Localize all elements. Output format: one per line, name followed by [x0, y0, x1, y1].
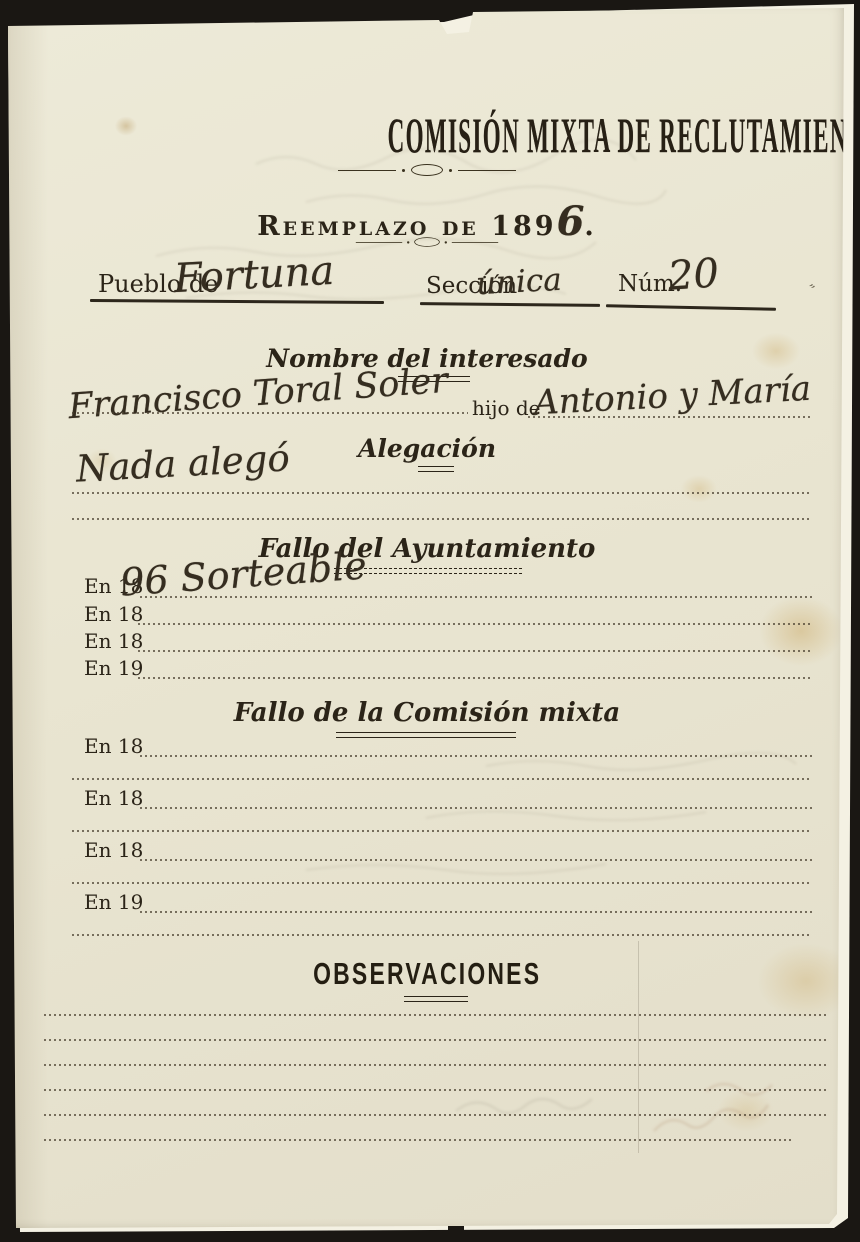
observaciones-heading: OBSERVACIONES — [313, 956, 541, 992]
fallo-comision-heading: Fallo de la Comisión mixta — [6, 698, 848, 728]
fallo-comision-row-line — [140, 911, 812, 913]
seccion-value: única — [475, 262, 562, 302]
observaciones-line — [44, 1114, 828, 1116]
alegacion-heading-rule — [418, 466, 454, 472]
pueblo-underline — [90, 299, 384, 304]
num-underline — [606, 304, 776, 310]
fallo-ayuntamiento-row-line — [138, 623, 812, 625]
fallo-comision-row-line2 — [72, 934, 812, 936]
paper-crease — [638, 941, 639, 1153]
ink-speck: ” — [802, 282, 817, 298]
fallo-ayuntamiento-row-label: En 19 — [84, 656, 143, 680]
fallo-comision-row-label: En 18 — [84, 734, 143, 758]
form-title-text: COMISIÓN MIXTA DE RECLUTAMIENTO DE MURCI… — [388, 106, 860, 164]
fallo-ayuntamiento-row-line — [138, 650, 812, 652]
observaciones-heading-wrap: OBSERVACIONES — [6, 956, 848, 992]
form-title: COMISIÓN MIXTA DE RECLUTAMIENTO DE MURCI… — [6, 106, 848, 164]
ornament-under-title — [6, 164, 848, 176]
observaciones-line — [44, 1014, 828, 1016]
fallo-ayuntamiento-row-line — [140, 596, 812, 598]
fallo-comision-row-line — [140, 859, 812, 861]
observaciones-line — [44, 1139, 792, 1141]
interesado-name-line — [72, 412, 468, 414]
fallo-comision-heading-rule — [336, 732, 516, 738]
seccion-underline — [420, 302, 600, 306]
binding-notch-bottom — [448, 1226, 464, 1242]
fallo-ayuntamiento-row-label: En 18 — [84, 629, 143, 653]
fallo-ayuntamiento-row-label: En 18 — [84, 602, 143, 626]
interesado-parents-line — [528, 416, 810, 418]
observaciones-line — [44, 1089, 828, 1091]
observaciones-line — [44, 1064, 828, 1066]
scan-background: COMISIÓN MIXTA DE RECLUTAMIENTO DE MURCI… — [0, 0, 860, 1242]
observaciones-line — [44, 1039, 828, 1041]
fallo-comision-row-label: En 19 — [84, 890, 143, 914]
fallo-comision-row-line2 — [72, 882, 812, 884]
document-page: COMISIÓN MIXTA DE RECLUTAMIENTO DE MURCI… — [6, 6, 848, 1232]
fallo-comision-row-label: En 18 — [84, 786, 143, 810]
alegacion-line-1 — [72, 492, 810, 494]
observaciones-heading-rule — [404, 996, 468, 1002]
fallo-ayuntamiento-row-line — [138, 677, 812, 679]
fallo-comision-row-line — [140, 755, 812, 757]
ornament-under-replacement — [90, 237, 764, 247]
fallo-comision-row-label: En 18 — [84, 838, 143, 862]
num-value: 20 — [666, 250, 720, 299]
pueblo-value: Fortuna — [173, 248, 335, 302]
alegacion-line-2 — [72, 518, 810, 520]
fallo-comision-row-line — [140, 807, 812, 809]
fallo-comision-row-line2 — [72, 778, 812, 780]
fallo-comision-row-line2 — [72, 830, 812, 832]
